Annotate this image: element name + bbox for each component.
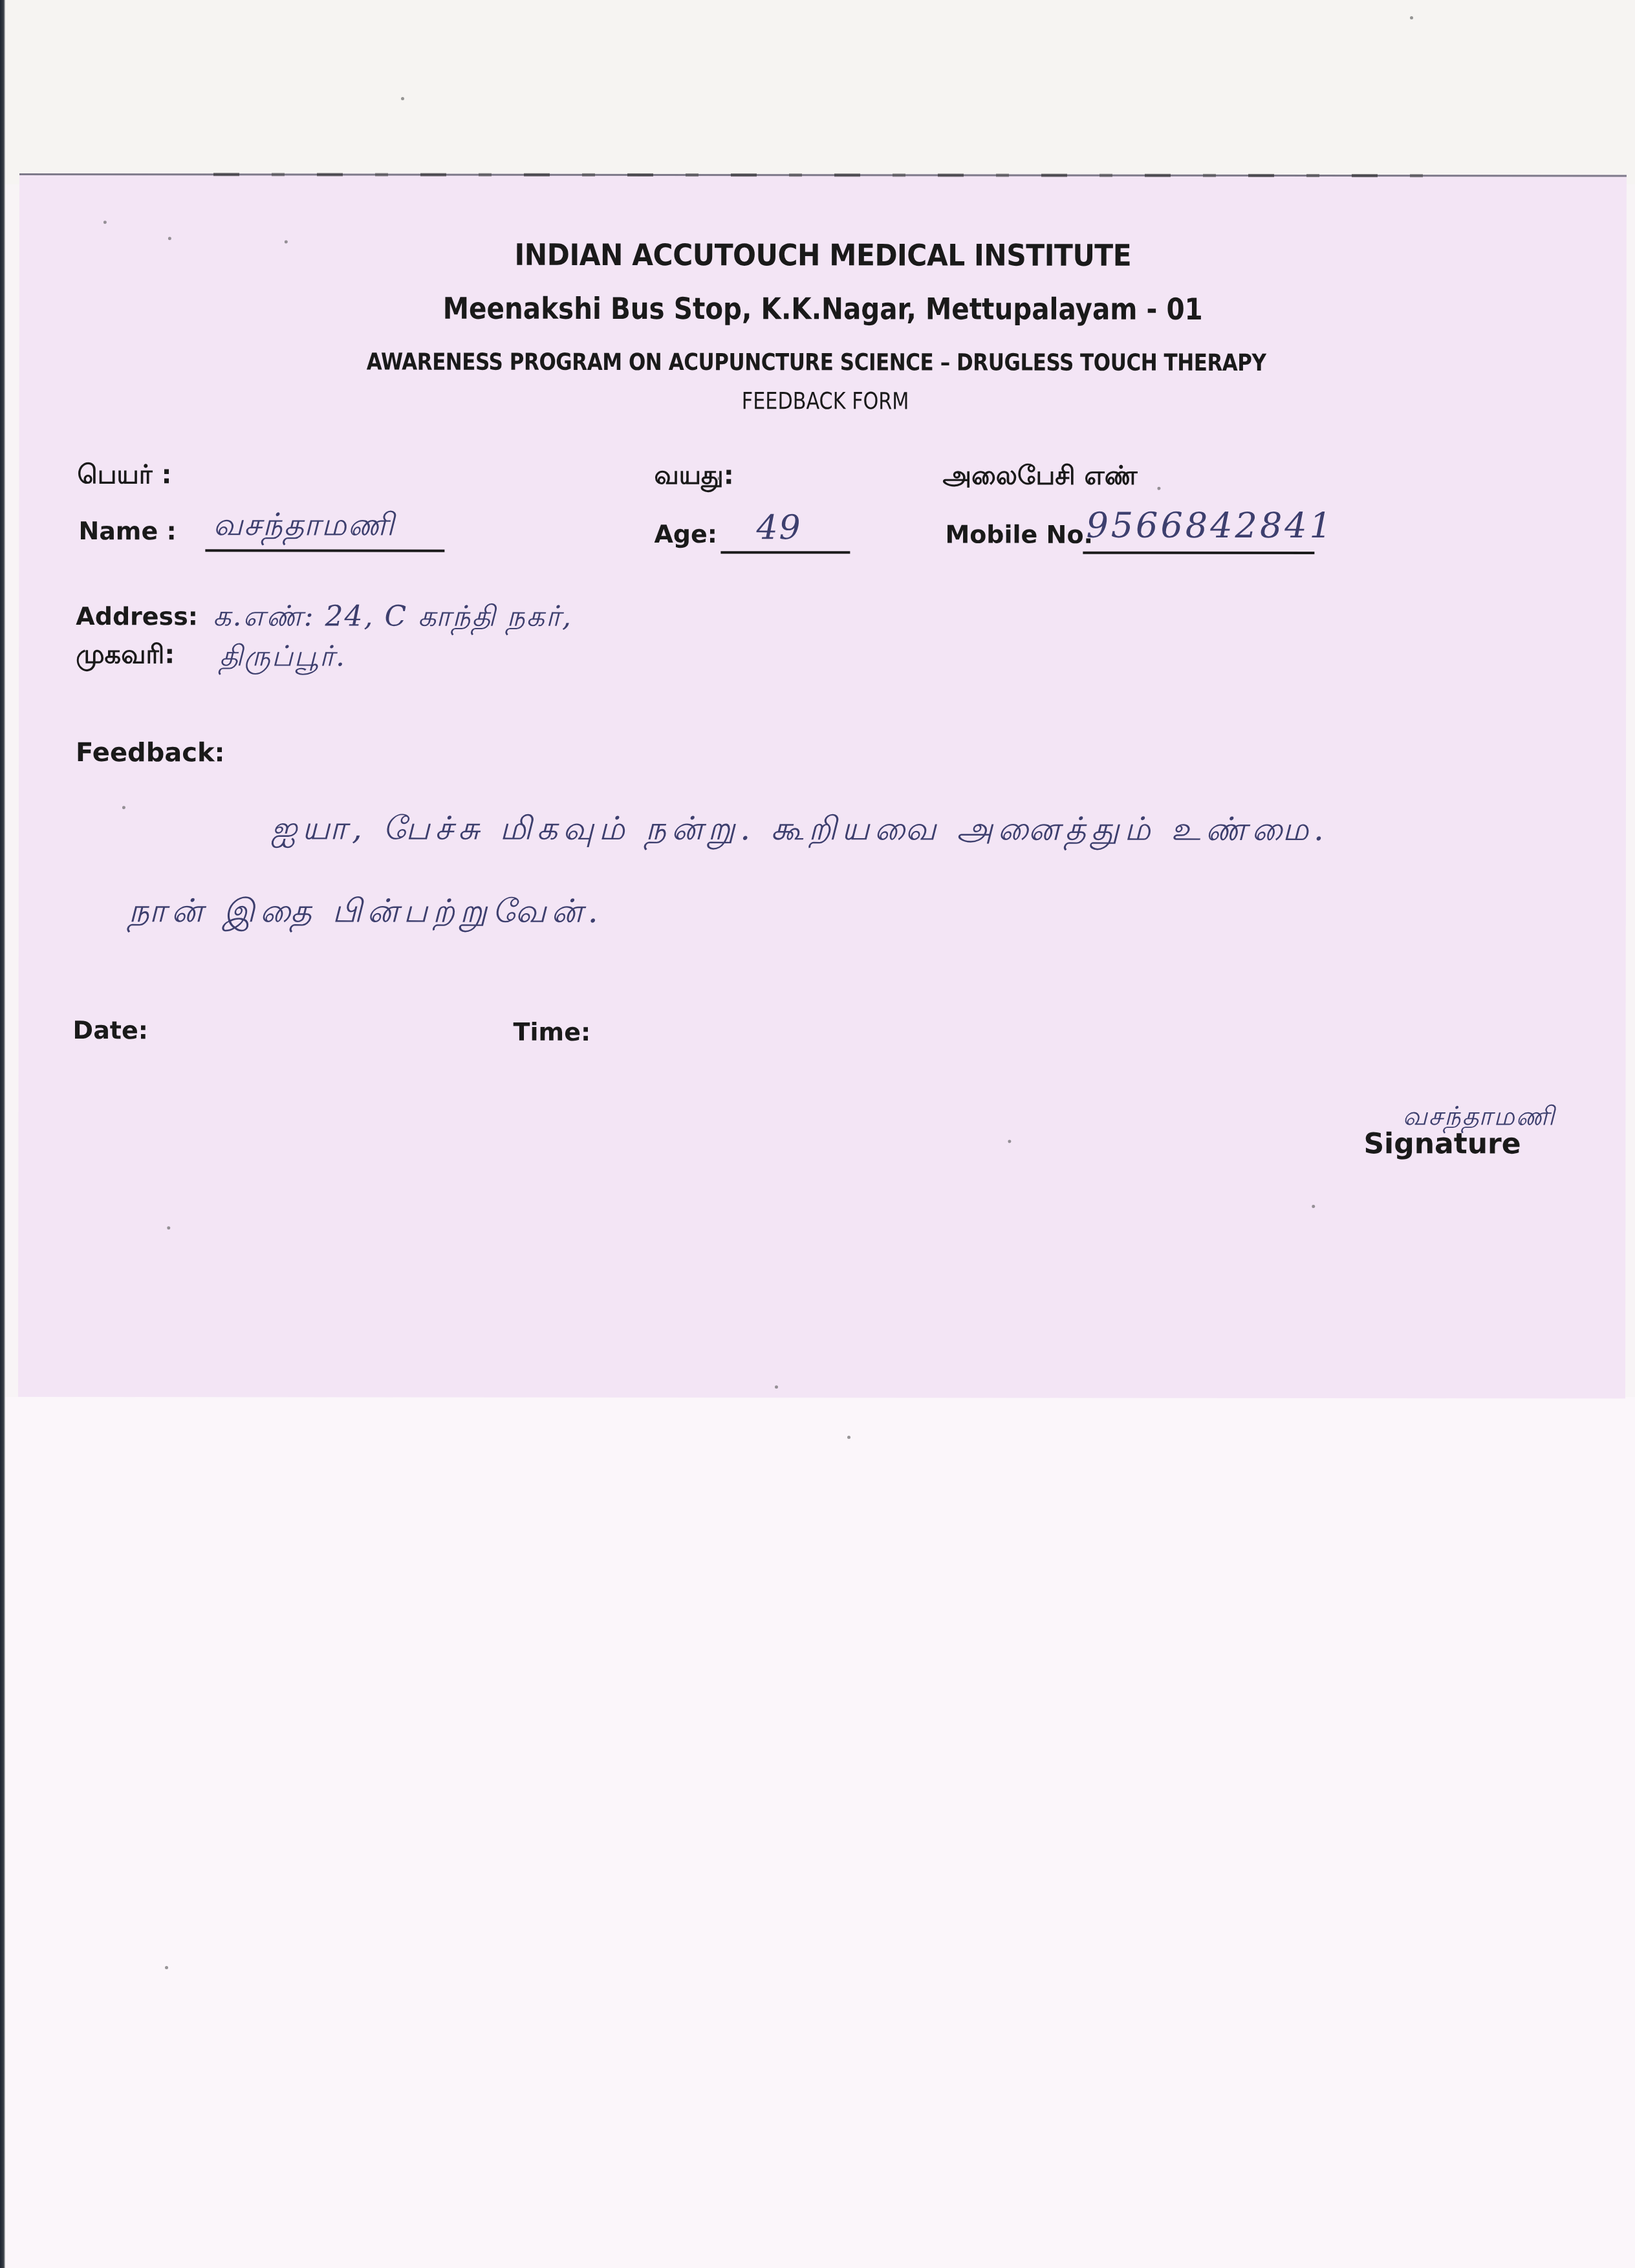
scan-speck bbox=[1157, 487, 1160, 490]
scan-speck bbox=[285, 240, 288, 243]
form-title: FEEDBACK FORM bbox=[150, 387, 1500, 415]
address-line-1[interactable]: க.எண்: 24, C காந்தி நகர், bbox=[213, 599, 572, 637]
mobile-label: Mobile No. bbox=[945, 520, 1093, 548]
age-label-tamil: வயது: bbox=[654, 460, 733, 493]
name-underline bbox=[205, 549, 444, 552]
age-underline bbox=[720, 551, 850, 554]
program-title: AWARENESS PROGRAM ON ACUPUNCTURE SCIENCE… bbox=[125, 349, 1508, 376]
scan-background-top bbox=[5, 0, 1635, 184]
scan-background-bottom bbox=[5, 1397, 1635, 2268]
age-value[interactable]: 49 bbox=[756, 508, 801, 547]
feedback-form-sheet: INDIAN ACCUTOUCH MEDICAL INSTITUTE Meena… bbox=[18, 173, 1627, 1399]
name-value[interactable]: வசந்தாமணி bbox=[213, 506, 395, 546]
address-label-tamil: முகவரி: bbox=[76, 640, 175, 673]
scan-speck bbox=[847, 1436, 850, 1439]
scan-speck bbox=[401, 97, 404, 100]
time-label: Time: bbox=[514, 1018, 591, 1046]
scanner-edge bbox=[0, 0, 5, 2268]
scan-speck bbox=[718, 477, 721, 480]
mobile-label-tamil: அலைபேசி எண் bbox=[942, 460, 1137, 493]
scan-speck bbox=[168, 237, 171, 240]
address-line-2[interactable]: திருப்பூர். bbox=[219, 640, 346, 676]
name-label-tamil: பெயர் : bbox=[77, 460, 171, 493]
signature-label: Signature bbox=[1363, 1127, 1521, 1160]
scan-speck bbox=[165, 1966, 168, 1969]
scan-speck bbox=[775, 1385, 778, 1388]
mobile-underline bbox=[1083, 552, 1314, 554]
name-label: Name : bbox=[78, 517, 176, 545]
age-label: Age: bbox=[654, 520, 717, 548]
feedback-line-2[interactable]: நான் இதை பின்பற்றுவேன். bbox=[129, 892, 603, 934]
address-label: Address: bbox=[76, 602, 198, 631]
feedback-label: Feedback: bbox=[76, 738, 225, 768]
scan-speck bbox=[122, 806, 125, 809]
scan-speck bbox=[1410, 16, 1413, 19]
scan-speck bbox=[103, 221, 107, 224]
scan-speck bbox=[167, 1226, 170, 1229]
date-label: Date: bbox=[73, 1016, 148, 1044]
institute-address: Meenakshi Bus Stop, K.K.Nagar, Mettupala… bbox=[116, 290, 1530, 327]
mobile-value[interactable]: 9566842841 bbox=[1086, 505, 1334, 546]
scan-speck bbox=[1312, 1205, 1315, 1208]
scan-speck bbox=[1008, 1140, 1011, 1143]
institute-title: INDIAN ACCUTOUCH MEDICAL INSTITUTE bbox=[83, 237, 1562, 273]
feedback-line-1[interactable]: ஐயா, பேச்சு மிகவும் நன்று. கூறியவை அனைத்… bbox=[271, 809, 1329, 852]
